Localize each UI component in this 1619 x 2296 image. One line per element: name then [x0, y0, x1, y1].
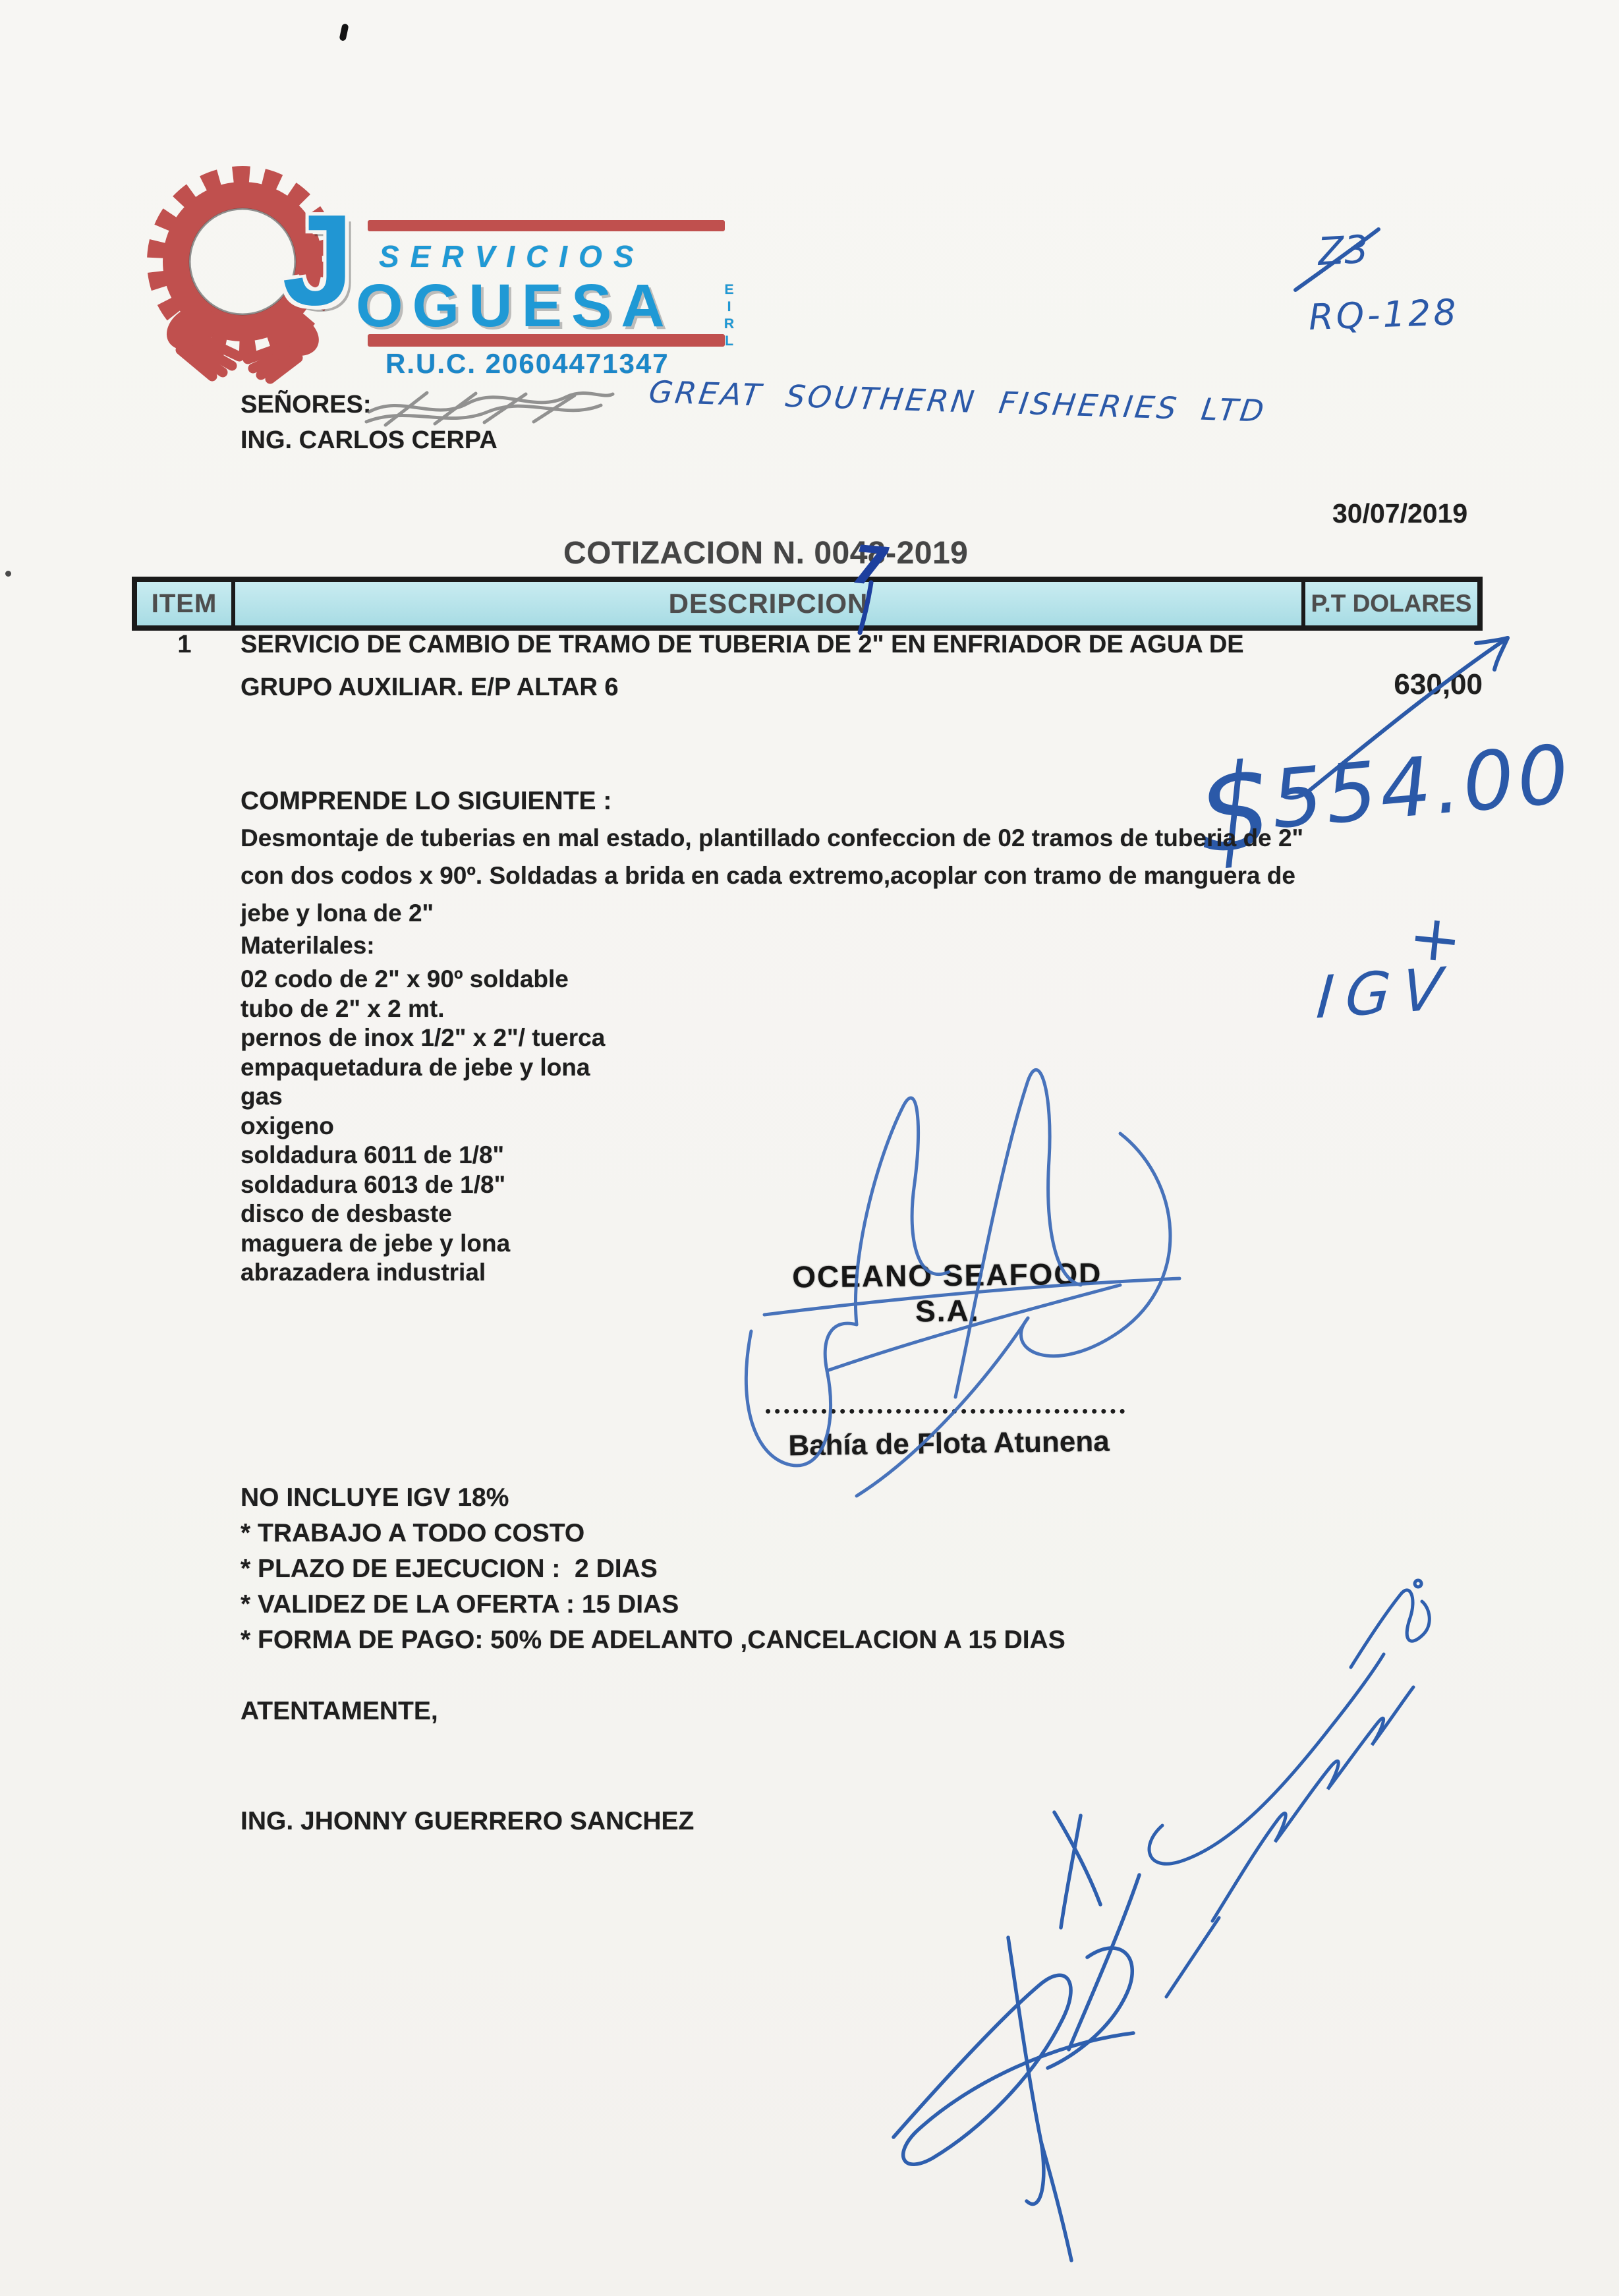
materials-title: Materilales:: [241, 932, 375, 960]
scope-paragraph: Desmontaje de tuberias en mal estado, pl…: [241, 819, 1303, 932]
material-item: soldadura 6011 de 1/8": [241, 1141, 605, 1170]
recipient-contact: ING. CARLOS CERPA: [241, 426, 497, 455]
logo-servicios: SERVICIOS: [379, 239, 645, 274]
handwritten-igv: IGV: [1315, 954, 1456, 1031]
col-header-descripcion: DESCRIPCION: [235, 582, 1305, 625]
material-item: empaquetadura de jebe y lona: [241, 1053, 605, 1083]
stamp-dotted-line: [766, 1409, 1125, 1414]
handwritten-code-z3: Z3: [1317, 227, 1369, 274]
material-item: maguera de jebe y lona: [241, 1229, 605, 1259]
material-item: oxigeno: [241, 1112, 605, 1141]
terms-list: NO INCLUYE IGV 18% * TRABAJO A TODO COST…: [241, 1480, 1065, 1658]
closing-salutation: ATENTAMENTE,: [241, 1697, 438, 1726]
material-item: 02 codo de 2" x 90º soldable: [241, 965, 605, 994]
stamp-subtitle: Bahía de Flota Atunena: [784, 1425, 1114, 1463]
material-item: tubo de 2" x 2 mt.: [241, 994, 605, 1024]
margin-dot: [5, 571, 11, 577]
scope-line: jebe y lona de 2": [241, 894, 1303, 932]
materials-list: 02 codo de 2" x 90º soldable tubo de 2" …: [241, 965, 605, 1288]
logo-bottom-bar: [368, 334, 725, 347]
term-line: * PLAZO DE EJECUCION : 2 DIAS: [241, 1551, 1065, 1587]
term-line: * FORMA DE PAGO: 50% DE ADELANTO ,CANCEL…: [241, 1622, 1065, 1658]
quote-title: COTIZACION N. 0048-2019: [563, 535, 968, 571]
material-item: gas: [241, 1082, 605, 1112]
ink-speck: [339, 23, 349, 42]
col-header-item: ITEM: [137, 582, 235, 625]
col-header-pt-dolares: P.T DOLARES: [1305, 582, 1477, 625]
logo-name: OGUESA: [356, 272, 674, 341]
material-item: abrazadera industrial: [241, 1258, 605, 1288]
scope-title: COMPRENDE LO SIGUIENTE :: [241, 787, 611, 816]
term-line: NO INCLUYE IGV 18%: [241, 1480, 1065, 1516]
bottom-signature: [894, 1812, 1139, 2260]
material-item: soldadura 6013 de 1/8": [241, 1170, 605, 1200]
row-description-line2: GRUPO AUXILIAR. E/P ALTAR 6: [241, 674, 619, 702]
term-line: * VALIDEZ DE LA OFERTA : 15 DIAS: [241, 1587, 1065, 1622]
scope-line: Desmontaje de tuberias en mal estado, pl…: [241, 819, 1303, 857]
row-description-line1: SERVICIO DE CAMBIO DE TRAMO DE TUBERIA D…: [241, 631, 1244, 659]
quote-table-header: ITEM DESCRIPCION P.T DOLARES: [132, 577, 1483, 631]
handwritten-quote-number-correction: 7: [849, 534, 891, 598]
diagonal-signature: [1149, 1580, 1429, 1997]
handwritten-amount: 554.00: [1268, 728, 1576, 847]
scope-line: con dos codos x 90º. Soldadas a brida en…: [241, 857, 1303, 894]
document-date: 30/07/2019: [1332, 498, 1467, 529]
handwritten-code-rq: RQ-128: [1308, 291, 1460, 338]
material-item: disco de desbaste: [241, 1199, 605, 1229]
logo-top-bar: [368, 220, 725, 231]
logo-ruc: R.U.C. 20604471347: [385, 348, 669, 380]
redacted-scribble: [366, 393, 613, 425]
recipient-label: SEÑORES:: [241, 391, 371, 419]
logo-initial: J: [282, 186, 354, 334]
closing-signer-name: ING. JHONNY GUERRERO SANCHEZ: [241, 1807, 694, 1836]
term-line: * TRABAJO A TODO COSTO: [241, 1516, 1065, 1551]
row-price: 630,00: [1331, 668, 1483, 701]
row-item-number: 1: [165, 631, 204, 659]
handwritten-client-name: GREAT SOUTHERN FISHERIES LTD: [647, 374, 1269, 428]
material-item: pernos de inox 1/2" x 2"/ tuerca: [241, 1023, 605, 1053]
stamp-company-name: OCEANO SEAFOOD S.A.: [757, 1255, 1137, 1331]
scanned-quotation-document: J SERVICIOS OGUESA EIRL R.U.C. 206044713…: [0, 0, 1619, 2296]
